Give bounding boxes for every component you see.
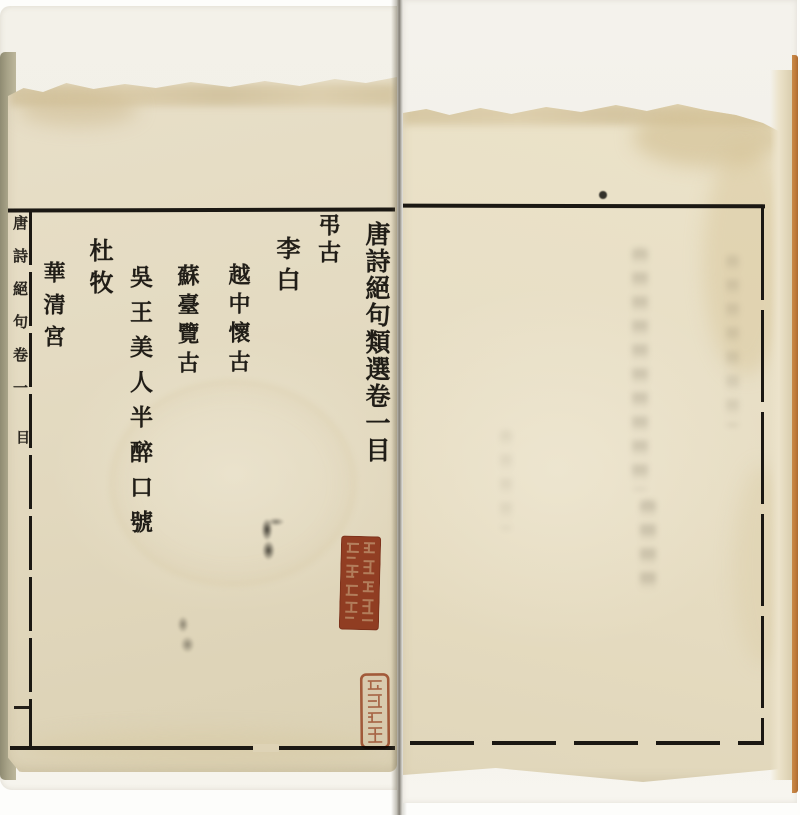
toc-entry-author: 杜牧 (81, 238, 116, 302)
book-scan: 唐詩絕句類選卷一目 弔古 李白 越中懷古 蘇臺覽古 吳王美人半醉口號 杜牧 華清… (0, 0, 800, 815)
page-fore-edge-stack (770, 70, 792, 780)
volume-title-column: 唐詩絕句類選卷一目 (357, 221, 393, 464)
frame-border-right (761, 208, 764, 743)
upper-collector-seal (339, 535, 381, 630)
frame-corner-tick (14, 706, 29, 709)
ink-spot (599, 191, 607, 199)
left-page: 唐詩絕句類選卷一目 弔古 李白 越中懷古 蘇臺覽古 吳王美人半醉口號 杜牧 華清… (8, 62, 397, 772)
bleedthrough-text-ghost (726, 255, 739, 427)
frame-border-gap (253, 744, 279, 752)
spine-title-column: 唐詩絕句卷一 (9, 215, 30, 413)
toc-entry-poem: 蘇臺覽古 (172, 264, 203, 380)
spine-section-marker: 目 (11, 430, 31, 444)
frame-border-bottom (410, 741, 764, 745)
torn-edge-stain (10, 84, 395, 106)
stain-blob (18, 92, 138, 126)
section-heading: 弔古 (311, 213, 344, 267)
right-page-blank-verso (403, 85, 790, 782)
bleedthrough-text-ghost (632, 248, 648, 490)
bleedthrough-text-ghost (500, 430, 512, 530)
frame-border-top (8, 207, 395, 212)
frame-border-top (403, 204, 765, 209)
lower-collector-seal (360, 673, 391, 749)
bleedthrough-text-ghost (640, 500, 656, 592)
frame-border-bottom (10, 746, 395, 750)
toc-entry-poem: 越中懷古 (223, 263, 254, 379)
cover-edge-strip (792, 55, 798, 793)
toc-entry-poem: 吳王美人半醉口號 (123, 265, 156, 545)
toc-entry-poem: 華清宮 (38, 261, 69, 357)
ink-smudge (171, 610, 201, 658)
ink-smudge (255, 514, 285, 566)
toc-entry-author: 李白 (268, 236, 303, 298)
